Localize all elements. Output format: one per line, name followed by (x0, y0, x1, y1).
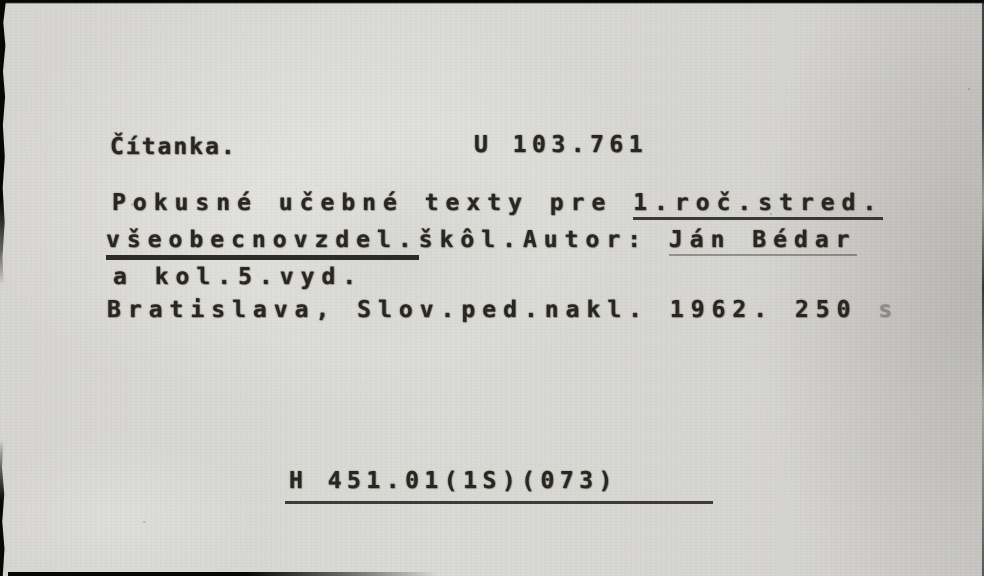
call-number: U 103.761 (474, 132, 648, 158)
subtitle-underlined-grade: 1.roč.stred. (633, 190, 883, 220)
card-title: Čítanka. (110, 134, 237, 160)
school-underlined: všeobecnovzdel. (106, 227, 419, 260)
author-name: Ján Bédar (669, 227, 857, 256)
body-line-imprint: Bratislava, Slov.ped.nakl. 1962. 250 s (107, 297, 899, 323)
catalog-card-scan: Čítanka. U 103.761 Pokusné učebné texty … (0, 0, 984, 576)
scan-edge-bottom (8, 572, 438, 576)
scan-edge-top (0, 0, 984, 4)
ink-speck (770, 213, 772, 215)
body-line-subtitle: Pokusné učebné texty pre 1.roč.stred. (112, 190, 883, 216)
body-line-school-author: všeobecnovzdel.škôl.Autor: Ján Bédar (106, 227, 857, 253)
classification-line: H 451.01(1S)(073) (285, 468, 713, 504)
imprint-text: Bratislava, Slov.ped.nakl. 1962. 250 (107, 297, 858, 323)
classification-number: H 451.01(1S)(073) (285, 468, 618, 494)
ink-speck (968, 88, 970, 90)
body-line-edition: a kol.5.vyd. (113, 264, 363, 290)
ink-speck (131, 203, 134, 206)
ink-speck (143, 521, 146, 523)
author-label: škôl.Autor: (419, 227, 669, 253)
scan-edge-left-bottom (0, 440, 5, 576)
subtitle-text: Pokusné učebné texty pre (112, 190, 633, 216)
scan-edge-left-top (0, 0, 6, 285)
imprint-trailing-char: s (878, 297, 899, 323)
